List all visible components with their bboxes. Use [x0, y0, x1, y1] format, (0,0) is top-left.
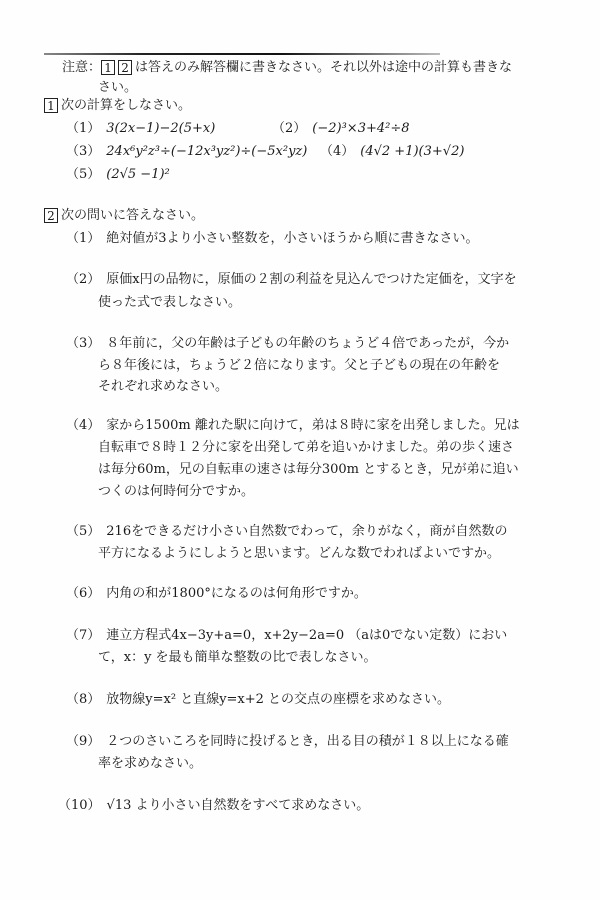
question-2-4-line-2: 自転車で８時１２分に家を出発して弟を追いかけました。弟の歩く速さ	[98, 440, 514, 456]
question-2-10: （10）√13 より小さい自然数をすべて求めなさい。	[58, 798, 369, 814]
question-2-9-line-2: 率を求めなさい。	[98, 756, 202, 772]
section-title: 次の計算をしなさい。	[61, 98, 191, 113]
problem-1-1: （1）3(2x−1)−2(5+x)	[66, 121, 215, 137]
question-2-5: （5）216をできるだけ小さい自然数でわって，余りがなく，商が自然数の	[66, 524, 507, 540]
expression: 24x⁶y²z³÷(−12x³yz²)÷(−5x²yz)	[106, 144, 307, 159]
question-2-5-line-2: 平方になるようにしようと思います。どんな数でわればよいですか。	[98, 546, 500, 562]
problem-1-2: （2）(−2)³×3+4²÷8	[272, 121, 410, 137]
top-rule	[44, 53, 440, 55]
question-2-7: （7）連立方程式4x−3y+a=0，x+2y−2a=0 （aは0でない定数）にお…	[66, 628, 507, 644]
notice-line-2: さい。	[98, 80, 137, 96]
expression: (4√2 +1)(3+√2)	[360, 144, 464, 159]
problem-1-5: （5）(2√5 −1)²	[66, 167, 170, 183]
question-2-2-line-2: 使った式で表しなさい。	[98, 295, 241, 311]
question-2-4: （4）家から1500m 離れた駅に向けて，弟は８時に家を出発しました。兄は	[66, 418, 520, 434]
question-2-7-line-2: て，x：y を最も簡単な整数の比で表しなさい。	[98, 650, 377, 666]
question-2-9: （9）２つのさいころを同時に投げるとき，出る目の積が１８以上になる確	[66, 734, 509, 750]
problem-1-3: （3）24x⁶y²z³÷(−12x³yz²)÷(−5x²yz)	[66, 144, 307, 160]
notice-text: は答えのみ解答欄に書きなさい。それ以外は途中の計算も書きな	[135, 60, 512, 75]
expression: 3(2x−1)−2(5+x)	[106, 121, 215, 136]
problem-1-4: （4）(4√2 +1)(3+√2)	[320, 144, 464, 160]
question-2-3-line-3: それぞれ求めなさい。	[98, 379, 228, 395]
section-number-box: 2	[44, 208, 58, 223]
question-2-4-line-3: は毎分60m，兄の自転車の速さは毎分300m とするとき，兄が弟に追い	[98, 462, 519, 478]
section-box-2: 2	[118, 60, 132, 75]
expression: (2√5 −1)²	[106, 167, 169, 182]
question-2-4-line-4: つくのは何時何分ですか。	[98, 484, 254, 500]
question-2-2: （2）原価x円の品物に，原価の２割の利益を見込んでつけた定価を，文字を	[66, 272, 517, 288]
section-title: 次の問いに答えなさい。	[61, 208, 204, 223]
section-1-heading: 1次の計算をしなさい。	[44, 98, 191, 114]
question-2-1: （1）絶対値が3より小さい整数を，小さいほうから順に書きなさい。	[66, 231, 479, 247]
question-2-3-line-2: ら８年後には，ちょうど２倍になります。父と子どもの現在の年齢を	[98, 358, 500, 374]
expression: (−2)³×3+4²÷8	[312, 121, 409, 136]
notice-label: 注意：	[62, 60, 101, 75]
question-2-8: （8）放物線y=x² と直線y=x+2 との交点の座標を求めなさい。	[66, 692, 450, 708]
question-2-3: （3）８年前に，父の年齢は子どもの年齢のちょうど４倍であったが，今か	[66, 336, 509, 352]
section-2-heading: 2次の問いに答えなさい。	[44, 208, 204, 224]
section-number-box: 1	[44, 98, 58, 113]
section-box-1: 1	[101, 60, 115, 75]
question-2-6: （6）内角の和が1800°になるのは何角形ですか。	[66, 586, 367, 602]
notice-line-1: 注意：12は答えのみ解答欄に書きなさい。それ以外は途中の計算も書きな	[62, 60, 512, 76]
